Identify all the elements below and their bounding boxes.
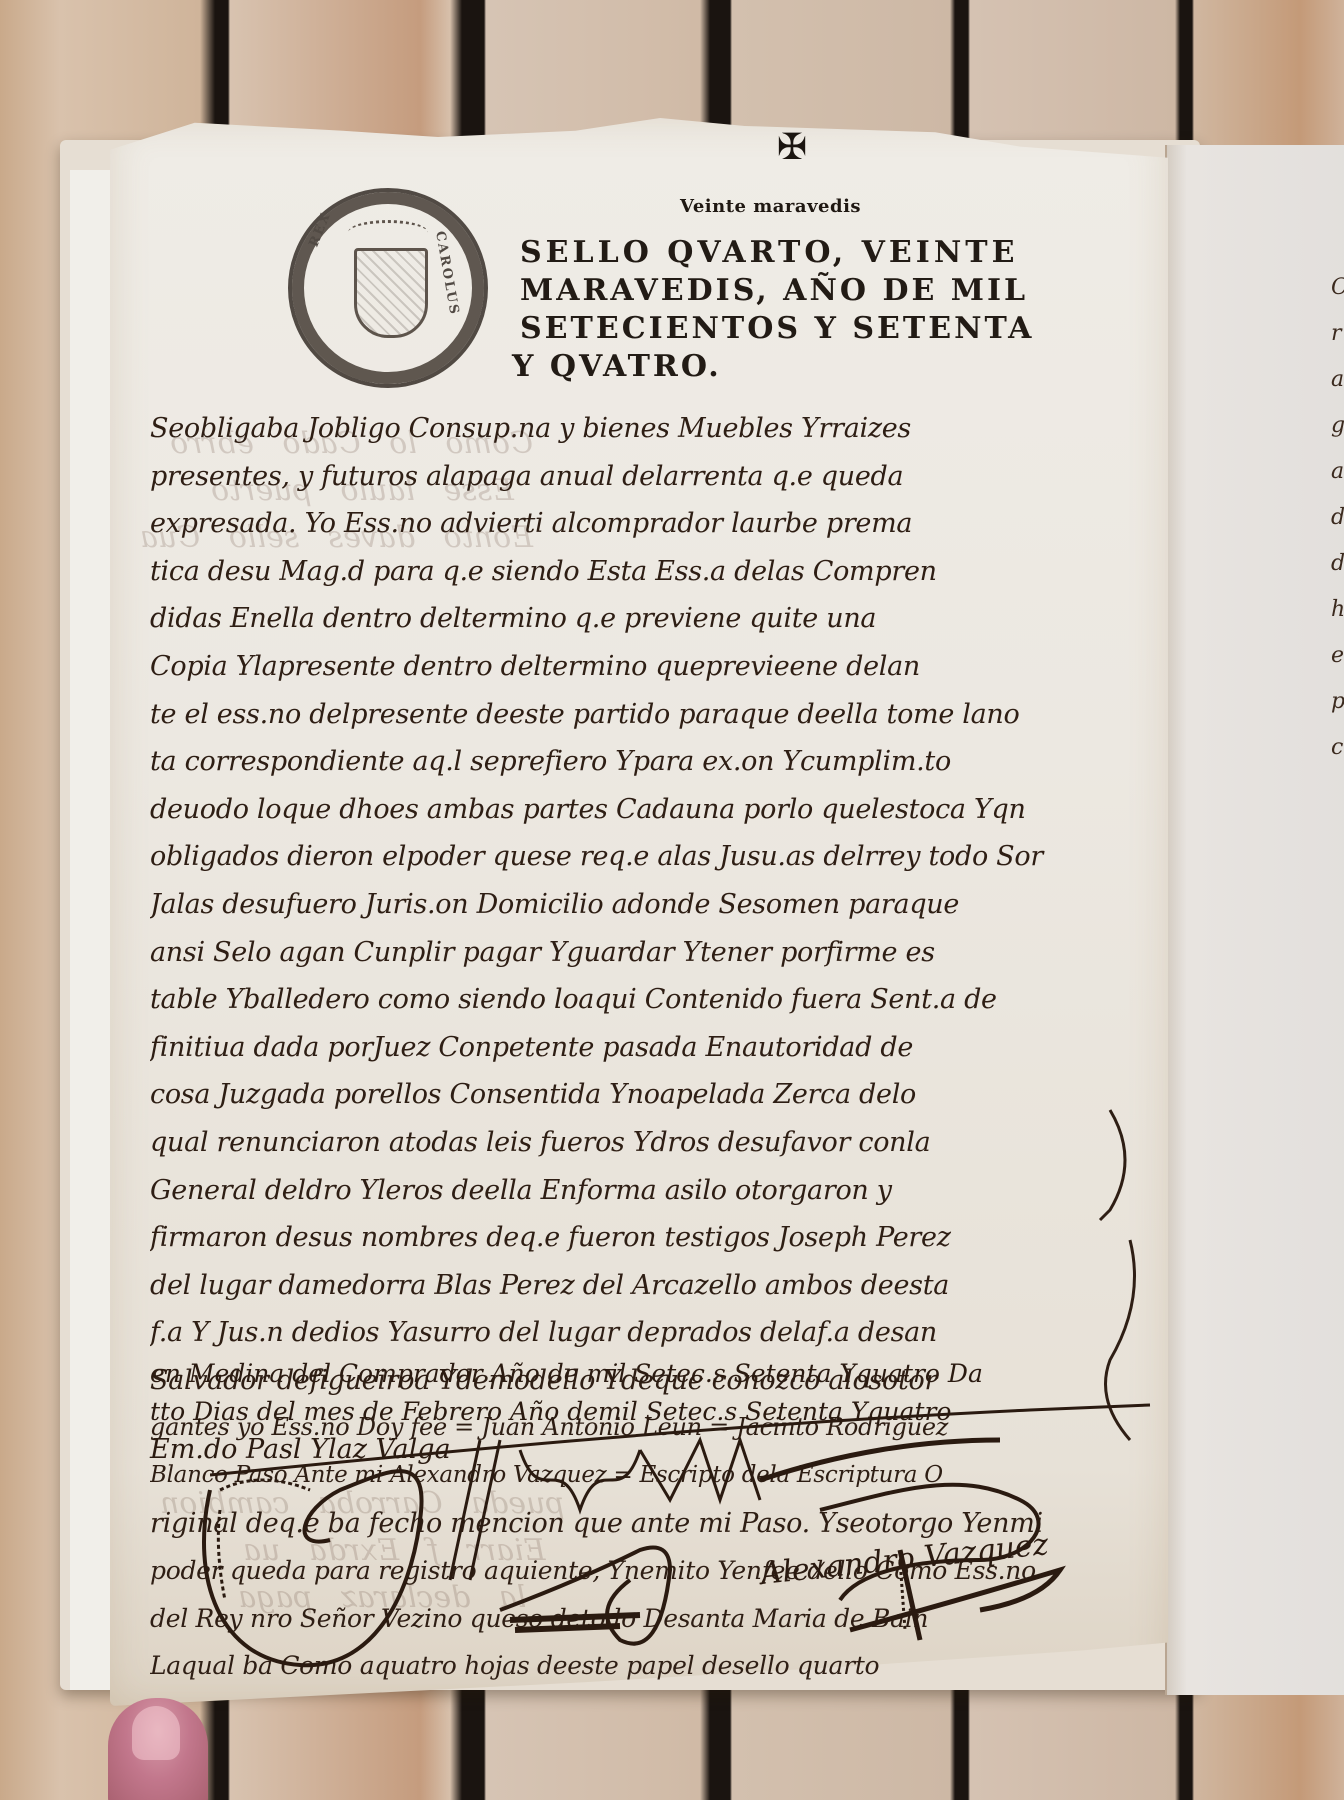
manuscript-line: Seobligaba Jobligo Consup.na y bienes Mu… — [150, 405, 1110, 453]
margin-letter: r — [1331, 311, 1344, 357]
margin-letter: d — [1331, 495, 1344, 541]
margin-letter: a — [1331, 357, 1344, 403]
thumb-holding-page — [108, 1698, 208, 1800]
seal-right-text: CAROLUS — [432, 230, 462, 317]
margin-letter: C — [1331, 265, 1344, 311]
margin-letter: a — [1331, 449, 1344, 495]
manuscript-line: finitiua dada porJuez Conpetente pasada … — [150, 1024, 1110, 1072]
manuscript-line: table Yballedero como siendo loaqui Cont… — [150, 976, 1110, 1024]
manuscript-line: didas Enella dentro deltermino q.e previ… — [150, 595, 1110, 643]
stamp-line: Maravedis, Año de Mil — [520, 272, 1100, 310]
manuscript-line: General deldro Yleros deella Enforma asi… — [150, 1167, 1110, 1215]
manuscript-line: Copia Ylapresente dentro deltermino quep… — [150, 643, 1110, 691]
manuscript-line: Jalas desufuero Juris.on Domicilio adond… — [150, 881, 1110, 929]
manuscript-line: deuodo loque dhoes ambas partes Cadauna … — [150, 786, 1110, 834]
manuscript-line: tica desu Mag.d para q.e siendo Esta Ess… — [150, 548, 1110, 596]
thumbnail-nail — [132, 1706, 180, 1760]
manuscript-line: te el ess.no delpresente deeste partido … — [150, 691, 1110, 739]
margin-letter: e — [1331, 633, 1344, 679]
manuscript-line: firmaron desus nombres deq.e fueron test… — [150, 1214, 1110, 1262]
manuscript-line: presentes, y futuros alapaga anual delar… — [150, 453, 1110, 501]
margin-letter: d — [1331, 541, 1344, 587]
manuscript-line: del lugar damedorra Blas Perez del Arcaz… — [150, 1262, 1110, 1310]
manuscript-line: f.a Y Jus.n dedios Yasurro del lugar dep… — [150, 1309, 1110, 1357]
manuscript-line: qual renunciaron atodas leis fueros Ydro… — [150, 1119, 1110, 1167]
coat-of-arms-icon — [354, 248, 428, 338]
closing-line: en Medina del Comprador Año de mil Setec… — [150, 1355, 1110, 1393]
manuscript-line: expresada. Yo Ess.no advierti alcomprado… — [150, 500, 1110, 548]
margin-letter: c — [1331, 725, 1344, 771]
cross-icon: ✠ — [772, 128, 812, 168]
adjacent-page-margin-text: C r a g a d d h e p c — [1331, 265, 1344, 771]
manuscript-line: ansi Selo agan Cunplir pagar Yguardar Yt… — [150, 929, 1110, 977]
manuscript-line: obligados dieron elpoder quese req.e ala… — [150, 833, 1110, 881]
margin-letter: p — [1331, 679, 1344, 725]
stamped-paper-header: Sello Qvarto, Veinte Maravedis, Año de M… — [520, 234, 1100, 386]
stamp-line: Setecientos y Setenta — [520, 310, 1100, 348]
signature-block: Alexandro Vazquez — [200, 1430, 1130, 1690]
margin-letter: h — [1331, 587, 1344, 633]
manuscript-line: ta correspondiente aq.l seprefiero Ypara… — [150, 738, 1110, 786]
manuscript-line: cosa Juzgada porellos Consentida Ynoapel… — [150, 1071, 1110, 1119]
crown-icon — [348, 220, 428, 245]
margin-letter: g — [1331, 403, 1344, 449]
stamp-value-line: Veinte maravedis — [680, 196, 861, 217]
stamp-line: y Qvatro. — [512, 348, 1100, 386]
royal-seal-stamp: REX CAROLUS — [288, 188, 488, 388]
stamp-line: Sello Qvarto, Veinte — [520, 234, 1100, 272]
adjacent-page: C r a g a d d h e p c — [1165, 145, 1344, 1695]
